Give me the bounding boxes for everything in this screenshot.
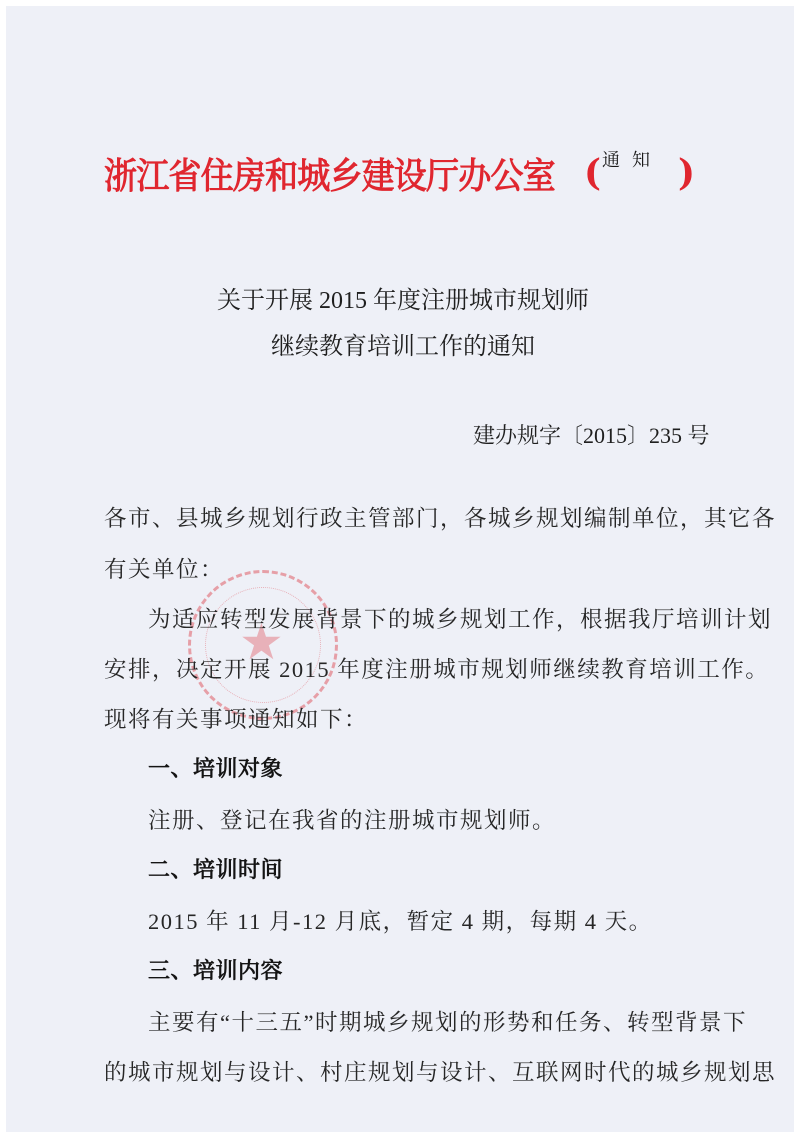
section-heading-training-target: 一、培训对象: [148, 752, 283, 783]
document-title-line-2: 继续教育培训工作的通知: [271, 326, 800, 361]
section-heading-training-content: 三、培训内容: [148, 954, 283, 985]
section-content-training-target: 注册、登记在我省的注册城市规划师。: [148, 803, 556, 835]
addressee-line-1: 各市、县城乡规划行政主管部门，各城乡规划编制单位，其它各: [104, 501, 776, 533]
letterhead: 浙江省住房和城乡建设厅办公室 ( 通知 ): [104, 148, 594, 199]
section-content-training-content-line-1: 主要有“十三五”时期城乡规划的形势和任务、转型背景下: [148, 1005, 747, 1037]
letterhead-doc-type: 通知: [602, 146, 662, 172]
intro-line-3: 现将有关事项通知如下：: [104, 702, 368, 734]
letterhead-paren-open: (: [584, 152, 601, 194]
section-content-training-time: 2015 年 11 月-12 月底，暂定 4 期，每期 4 天。: [148, 904, 653, 936]
document-title-line-1: 关于开展 2015 年度注册城市规划师: [217, 280, 800, 315]
section-content-training-content-line-2: 的城市规划与设计、村庄规划与设计、互联网时代的城乡规划思: [104, 1055, 776, 1087]
addressee-line-2: 有关单位：: [104, 552, 224, 584]
letterhead-issuer: 浙江省住房和城乡建设厅办公室: [104, 148, 555, 199]
section-heading-training-time: 二、培训时间: [148, 853, 283, 884]
intro-line-1: 为适应转型发展背景下的城乡规划工作，根据我厅培训计划: [148, 602, 772, 634]
document-number: 建办规字〔2015〕235 号: [473, 419, 710, 450]
intro-line-2: 安排，决定开展 2015 年度注册城市规划师继续教育培训工作。: [104, 652, 769, 684]
letterhead-paren-close: ): [678, 152, 695, 194]
